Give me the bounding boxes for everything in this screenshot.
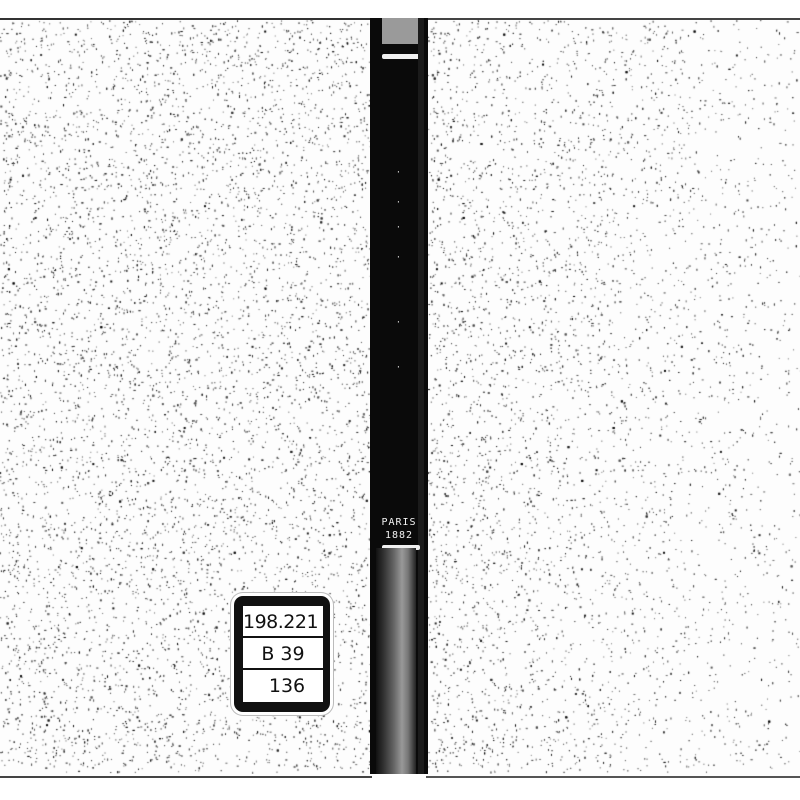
book-spine: · · · · · · PARIS 1882 xyxy=(370,18,428,774)
spine-title-mark-1: · xyxy=(370,168,428,178)
spine-worn-lower-section xyxy=(376,548,416,774)
label-shelf-mark: B 39 xyxy=(243,638,323,670)
spine-imprint-year: 1882 xyxy=(370,529,428,542)
label-call-number: 198.221 xyxy=(243,606,323,638)
scanned-book-cover: · · · · · · PARIS 1882 198.221 B 39 136 xyxy=(0,0,800,800)
spine-band-top xyxy=(382,54,420,59)
spine-imprint-place: PARIS xyxy=(370,516,428,529)
spine-headcap xyxy=(382,18,420,44)
spine-title-mark-4: · xyxy=(370,253,428,263)
label-volume: 136 xyxy=(243,670,323,702)
spine-title-mark-6: · xyxy=(370,363,428,373)
spine-title-mark-5: · xyxy=(370,318,428,328)
library-call-number-label: 198.221 B 39 136 xyxy=(234,596,330,712)
spine-groove xyxy=(418,18,424,774)
spine-title-mark-2: · xyxy=(370,198,428,208)
spine-title-mark-3: · xyxy=(370,223,428,233)
